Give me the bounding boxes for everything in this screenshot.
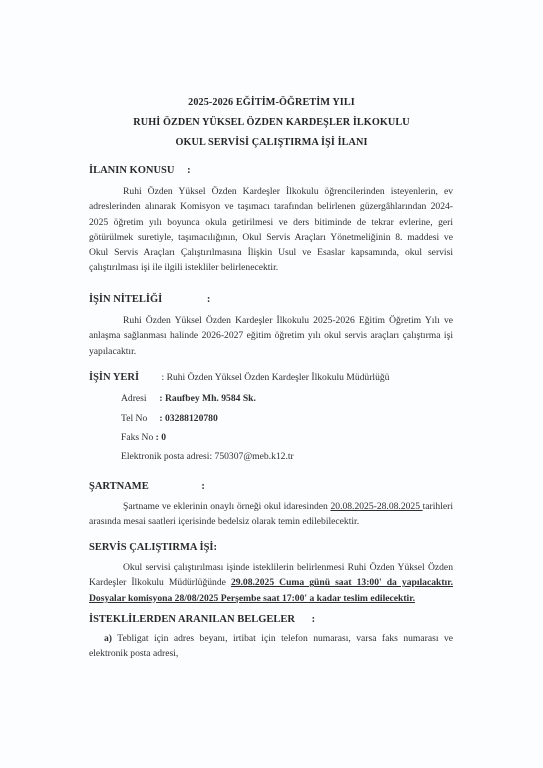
email-row: Elektronik posta adresi: 750307@meb.k12.… [121, 451, 294, 462]
fax-label: Faks No [121, 432, 153, 443]
tel-label: Tel No [121, 413, 157, 424]
date-range: 20.08.2025-28.08.2025 [330, 501, 422, 512]
heading-colon: : [207, 294, 211, 305]
document-page: 2025-2026 EĞİTİM-ÖĞRETİM YILI RUHİ ÖZDEN… [0, 0, 543, 768]
section-isin-yeri: İŞİN YERİ : Ruhi Özden Yüksel Özden Kard… [89, 372, 389, 383]
body-text: Ruhi Özden Yüksel Özden Kardeşler İlkoku… [89, 315, 453, 357]
address-label: Adresi [121, 393, 157, 404]
fax-value: : 0 [156, 432, 166, 443]
title-announcement: OKUL SERVİSİ ÇALIŞTIRMA İŞİ İLANI [0, 133, 543, 153]
email-value[interactable]: 750307@meb.k12.tr [215, 451, 294, 462]
heading-text: SERVİS ÇALIŞTIRMA İŞİ: [89, 542, 217, 553]
document-title: 2025-2026 EĞİTİM-ÖĞRETİM YILI RUHİ ÖZDEN… [0, 93, 543, 153]
isin-yeri-value: : Ruhi Özden Yüksel Özden Kardeşler İlko… [162, 372, 390, 383]
heading-text: İLANIN KONUSU [89, 165, 174, 176]
body-text: Ruhi Özden Yüksel Özden Kardeşler İlkoku… [89, 186, 453, 273]
heading-text: İŞİN YERİ [89, 372, 139, 383]
section-body-sartname: Şartname ve eklerinin onaylı örneği okul… [89, 499, 453, 530]
address-row: Adresi : Raufbey Mh. 9584 Sk. [121, 393, 256, 404]
title-academic-year: 2025-2026 EĞİTİM-ÖĞRETİM YILI [0, 93, 543, 113]
heading-text: İSTEKLİLERDEN ARANILAN BELGELER [89, 614, 295, 625]
heading-text: ŞARTNAME [89, 481, 149, 492]
section-body-isin-niteligi: Ruhi Özden Yüksel Özden Kardeşler İlkoku… [89, 313, 453, 359]
heading-text: İŞİN NİTELİĞİ [89, 294, 162, 305]
section-heading-istekliler: İSTEKLİLERDEN ARANILAN BELGELER : [89, 614, 315, 625]
address-value: : Raufbey Mh. 9584 Sk. [159, 393, 255, 404]
title-school-name: RUHİ ÖZDEN YÜKSEL ÖZDEN KARDEŞLER İLKOKU… [0, 113, 543, 133]
heading-colon: : [201, 481, 205, 492]
heading-colon: : [187, 165, 191, 176]
tel-row: Tel No : 03288120780 [121, 413, 218, 424]
section-body-istekliler: a) Tebligat için adres beyanı, irtibat i… [89, 631, 453, 662]
section-body-ilanin-konusu: Ruhi Özden Yüksel Özden Kardeşler İlkoku… [89, 184, 453, 276]
section-heading-sartname: ŞARTNAME : [89, 481, 205, 492]
section-heading-ilanin-konusu: İLANIN KONUSU : [89, 165, 191, 176]
fax-row: Faks No : 0 [121, 432, 166, 443]
heading-colon: : [312, 614, 316, 625]
list-marker: a) [104, 633, 112, 644]
section-heading-isin-niteligi: İŞİN NİTELİĞİ : [89, 294, 210, 305]
body-text: Şartname ve eklerinin onaylı örneği okul… [123, 501, 330, 512]
section-heading-servis-calistirma: SERVİS ÇALIŞTIRMA İŞİ: [89, 542, 217, 553]
tel-value: : 03288120780 [159, 413, 217, 424]
section-body-servis-calistirma: Okul servisi çalıştırılması işinde istek… [89, 560, 453, 606]
list-item-text: Tebligat için adres beyanı, irtibat için… [89, 633, 453, 659]
email-label: Elektronik posta adresi: [121, 451, 212, 462]
